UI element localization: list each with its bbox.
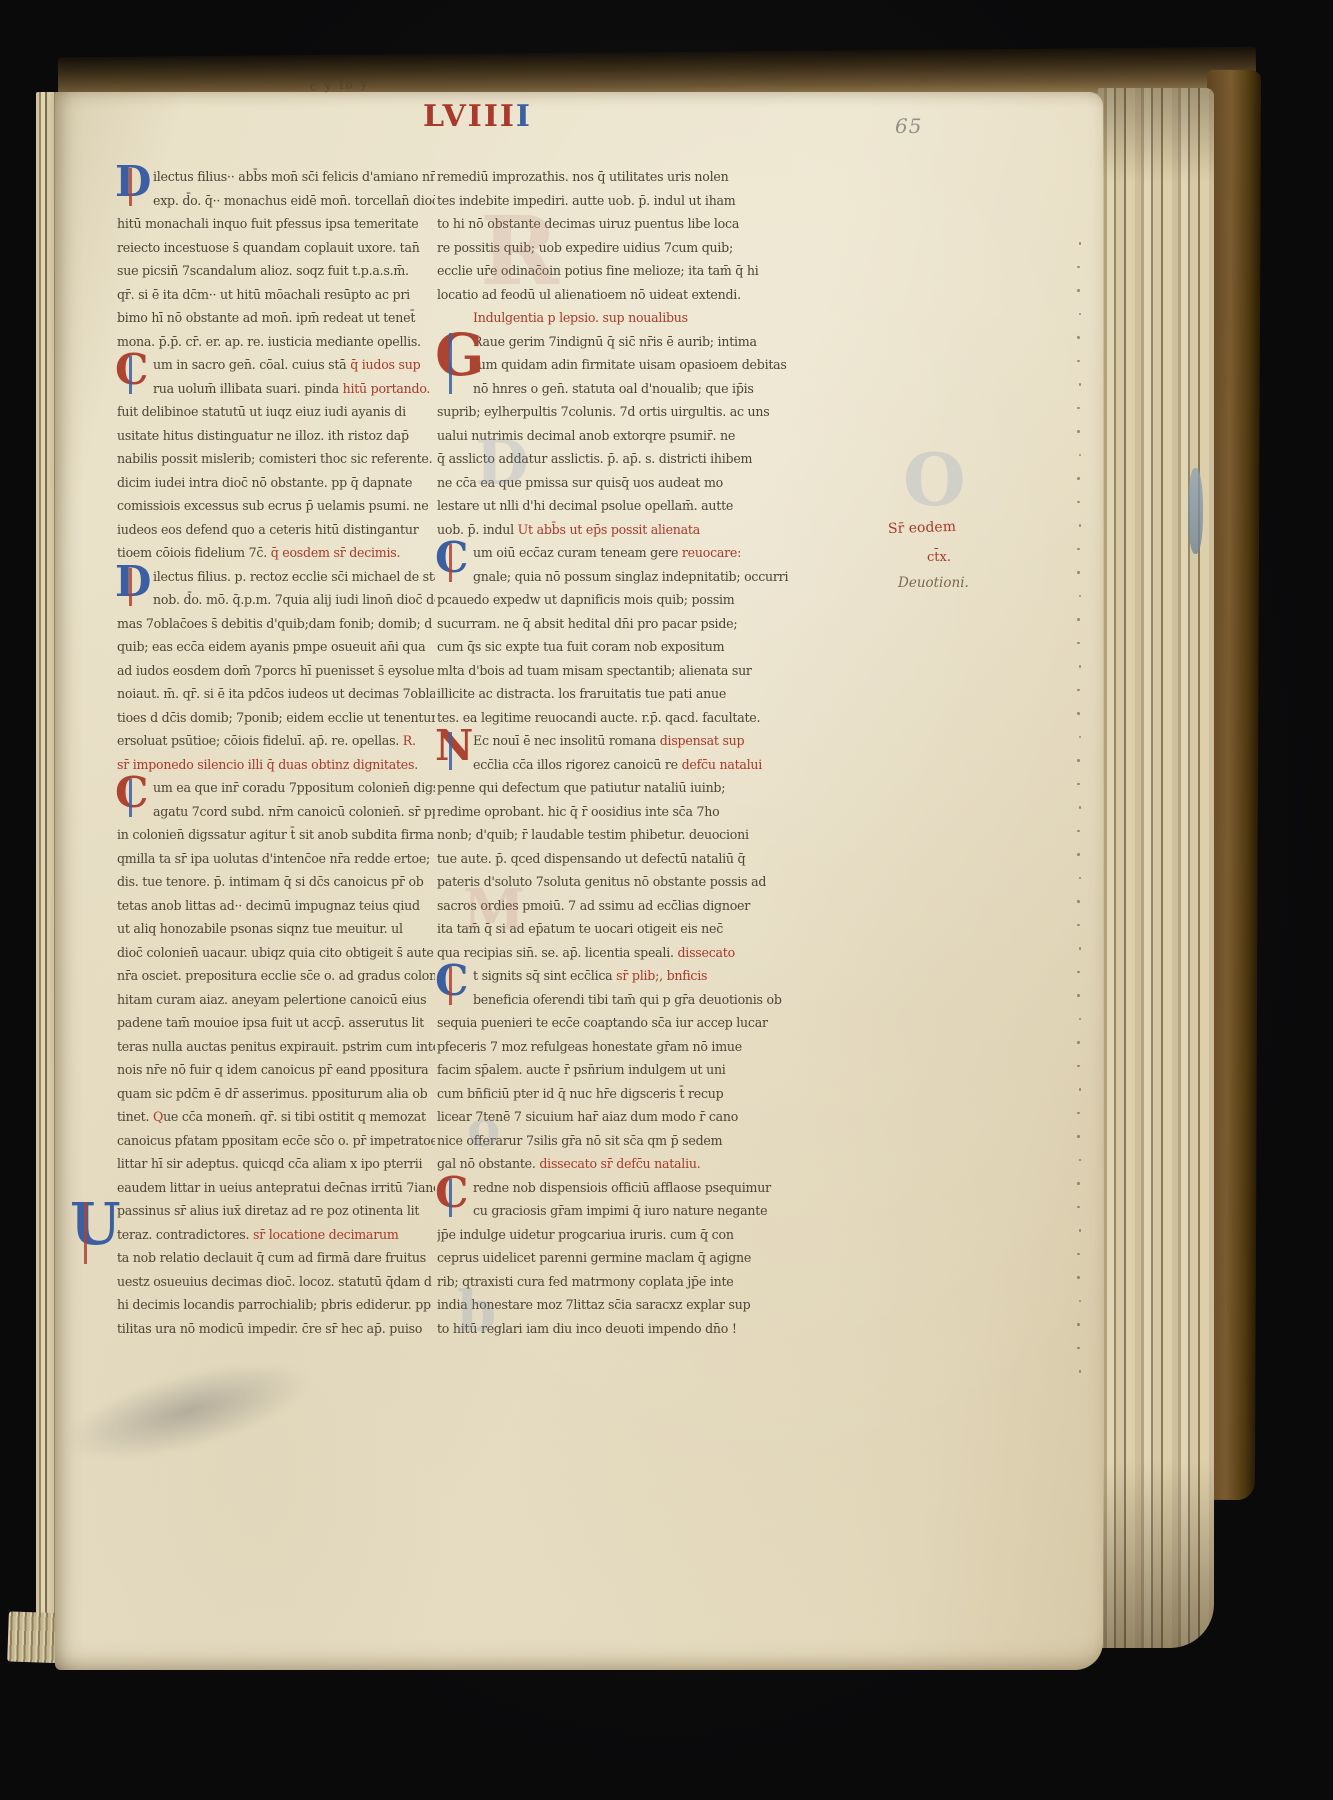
pricking-hole: [1077, 759, 1080, 762]
text-line: tioes d dc̄is domib; 7ponib; eidem eccli…: [117, 706, 435, 730]
text-line: bimo hī nō obstante ad mon̄. ipm̄ redeat…: [117, 306, 435, 330]
text-line: tilitas ura nō modicū impedir. c̄re sr̄ …: [117, 1317, 435, 1341]
pricking-hole: [1077, 971, 1080, 974]
text-line: facim sp̄alem. aucte r̄ psn̄rium indulge…: [437, 1058, 807, 1082]
text-line: padene tam̄ mouioe ipsa fuit ut accp̄. a…: [117, 1011, 435, 1035]
ink-text: qua recipias sin̄. se. ap̄. licentia spe…: [437, 945, 677, 960]
ink-text: in colonien̄ digssatur agitur t̄ sit ano…: [117, 827, 434, 842]
text-line: agatu 7cord subd. nr̄m canoicū colonien̄…: [117, 800, 435, 824]
text-line: Raue gerim 7indignū q̄ sic̄ nr̄is ē auri…: [437, 330, 807, 354]
pricking-hole: [1077, 1065, 1080, 1068]
text-line: penne qui defectum que patiutur nataliū …: [437, 776, 807, 800]
rubric-text: dispensat sup: [660, 733, 745, 748]
pricking-hole: [1077, 1041, 1080, 1044]
filigree-stripe: [129, 356, 132, 394]
ink-text: teraz. contradictores.: [117, 1227, 253, 1242]
ink-text: exp. d̄o. q̄·· monachus eidē mon̄. torce…: [153, 193, 435, 208]
show-through-letter: D: [475, 432, 529, 494]
marginal-note-ctx: ct̄x.: [927, 550, 951, 565]
initial-letter: G: [435, 321, 485, 389]
pricking-hole: [1079, 665, 1082, 668]
rubric-text: R.: [403, 733, 416, 748]
pricking-hole: [1079, 595, 1082, 598]
ink-text: ad iudos eosdem dom̄ 7porcs hī puenisset…: [117, 663, 434, 678]
pricking-hole: [1077, 548, 1080, 551]
text-line: teraz. contradictores. sr̄ locatione dec…: [117, 1223, 435, 1247]
text-line: hitū monachali inquo fuit pfessus ipsa t…: [117, 212, 435, 236]
text-line: nabilis possit mislerib; comisteri thoc …: [117, 447, 435, 471]
ink-text: ersoluat psūtioe; cōiois fideluī. ap̄. r…: [117, 733, 403, 748]
text-line: gnale; quia nō possum singlaz indepnitat…: [437, 565, 807, 589]
ink-text: ue cc̄a monem̄. qr̄. si tibi ostitit q m…: [163, 1109, 426, 1124]
ink-text: dioc̄ colonien̄ uacaur. ubiqz quia cito …: [117, 945, 434, 960]
ink-text: facim sp̄alem. aucte r̄ psn̄rium indulge…: [437, 1062, 726, 1077]
text-line: nob. d̄o. mō. q̄.p.m. 7quia alij iudi li…: [117, 588, 435, 612]
ink-text: reiecto incestuose s̄ quandam coplauit u…: [117, 240, 420, 255]
illuminated-initial: C: [435, 960, 475, 1013]
initial-letter: C: [435, 533, 468, 582]
pricking-hole: [1077, 642, 1080, 645]
ink-text: tes. ea legitime reuocandi aucte. r.p̄. …: [437, 710, 760, 725]
text-line: redne nob dispensiois officiū afflaose p…: [437, 1176, 807, 1200]
pricking-hole: [1079, 1088, 1082, 1091]
text-line: sucurram. ne q̄ absit hedital dn̄i pro p…: [437, 612, 807, 636]
pricking-hole: [1077, 1323, 1080, 1326]
show-through-letter: M: [463, 882, 525, 938]
text-line: ilectus filius. p. rectoz ecclie sc̄i mi…: [117, 565, 435, 589]
pricking-hole: [1077, 501, 1080, 504]
text-line: qr̄. si ē ita dc̄m·· ut hitū mōachali re…: [117, 283, 435, 307]
ink-text: iudeos eos defend quo a ceteris hitū dis…: [117, 522, 419, 537]
text-line: um in sacro gen̄. cōal. cuius stā q̄ iud…: [117, 353, 435, 377]
text-line: t signits sq̄ sint ecc̄lica sr̄ plib;, b…: [437, 964, 807, 988]
pricking-hole: [1077, 266, 1080, 269]
ink-text: hitū monachali inquo fuit pfessus ipsa t…: [117, 216, 418, 231]
pricking-hole: [1079, 1229, 1082, 1232]
fore-edge-page-stack: [1098, 88, 1214, 1648]
text-line: beneficia oferendi tibi tam̄ qui p gr̄a …: [437, 988, 807, 1012]
filigree-stripe: [129, 168, 132, 206]
ink-text: nr̄a osciet. prepositura ecclie sc̄e o. …: [117, 968, 435, 983]
pricking-hole: [1077, 783, 1080, 786]
text-line: uob. p̄. indul Ut abb̄s ut ep̄s possit a…: [437, 518, 807, 542]
ink-text: hitam curam aiaz. aneyam pelertione cano…: [117, 992, 426, 1007]
ink-text: ilectus filius·· abb̄s mon̄ sc̄i felicis…: [153, 169, 435, 184]
pricking-hole: [1077, 1135, 1080, 1138]
text-line: sr̄ imponedo silencio illi q̄ duas obtin…: [117, 753, 435, 777]
rubric-text: q̄ iudos sup: [350, 357, 420, 372]
pricking-hole: [1079, 1300, 1082, 1303]
pricking-hole: [1079, 1370, 1082, 1373]
ink-text: noiaut. m̄. qr̄. si ē ita pdc̄os iudeos …: [117, 686, 435, 701]
initial-letter: D: [115, 157, 151, 206]
heading-blue-part: I: [516, 99, 532, 134]
text-line: teras nulla auctas penitus expirauit. ps…: [117, 1035, 435, 1059]
pricking-hole: [1079, 524, 1082, 527]
ink-text: teras nulla auctas penitus expirauit. ps…: [117, 1039, 435, 1054]
ink-text: littar hī sir adeptus. quicqd cc̄a aliam…: [117, 1156, 422, 1171]
pricking-hole: [1079, 313, 1082, 316]
ink-text: padene tam̄ mouioe ipsa fuit ut accp̄. a…: [117, 1015, 424, 1030]
pricking-hole: [1077, 1112, 1080, 1115]
pricking-hole: [1077, 1182, 1080, 1185]
text-line: ceprus uidelicet parenni germine maclam …: [437, 1246, 807, 1270]
text-line: hitam curam aiaz. aneyam pelertione cano…: [117, 988, 435, 1012]
filigree-stripe: [449, 333, 452, 395]
text-line: fuit delibinoe statutū ut iuqz eiuz iudi…: [117, 400, 435, 424]
pricking-hole: [1079, 806, 1082, 809]
text-line: canoicus pfatam ppositam ecc̄e sc̄o o. p…: [117, 1129, 435, 1153]
ink-text: usitate hitus distinguatur ne illoz. ith…: [117, 428, 409, 443]
text-column-right: remediū improzathis. nos q̄ utilitates u…: [437, 165, 807, 1340]
rubric-text: Ut abb̄s ut ep̄s possit alienata: [518, 522, 700, 537]
ink-text: tetas anob littas ad·· decimū impugnaz t…: [117, 898, 420, 913]
pricking-hole: [1077, 1206, 1080, 1209]
pricking-hole: [1077, 853, 1080, 856]
illuminated-initial: C: [115, 349, 155, 402]
pricking-hole: [1079, 1159, 1082, 1162]
text-line: illicite ac distracta. los fraruitatis t…: [437, 682, 807, 706]
pricking-hole: [1077, 618, 1080, 621]
ink-text: qr̄. si ē ita dc̄m·· ut hitū mōachali re…: [117, 287, 410, 302]
text-line: littar hī sir adeptus. quicqd cc̄a aliam…: [117, 1152, 435, 1176]
ink-text: cum q̄s sic expte tua fuit coram nob exp…: [437, 639, 724, 654]
initial-letter: U: [70, 1190, 121, 1258]
ink-text: sue picsin̄ 7scandalum alioz. soqz fuit …: [117, 263, 409, 278]
pricking-hole: [1077, 571, 1080, 574]
text-line: ecc̄lia cc̄a illos rigorez canoicū re de…: [437, 753, 807, 777]
text-line: sue picsin̄ 7scandalum alioz. soqz fuit …: [117, 259, 435, 283]
rubric-text: Q: [153, 1109, 163, 1124]
rubric-text: dissecato: [677, 945, 734, 960]
ink-text: gnale; quia nō possum singlaz indepnitat…: [473, 569, 788, 584]
text-line: jp̄e indulge uidetur progcariua iruris. …: [437, 1223, 807, 1247]
ink-text: comissiois excessus sub ecrus p̄ uelamis…: [117, 498, 428, 513]
marginal-note-devotioni: Deuotioni.: [898, 575, 969, 591]
pricking-hole: [1077, 1347, 1080, 1350]
show-through-letter: b: [457, 1284, 496, 1340]
pricking-hole: [1079, 242, 1082, 245]
rubric-text: sr̄ locatione decimarum: [253, 1227, 399, 1242]
ink-text: mona. p̄.p̄. cr̄. er. ap. re. iusticia m…: [117, 334, 421, 349]
ink-text: agatu 7cord subd. nr̄m canoicū colonien̄…: [153, 804, 435, 819]
ink-text: bimo hī nō obstante ad mon̄. ipm̄ redeat…: [117, 310, 415, 325]
show-through-letter: o: [467, 1104, 500, 1154]
text-line: uestz osueuius decimas dioc̄. locoz. sta…: [117, 1270, 435, 1294]
rubric-text: defc̄u natalui: [682, 757, 762, 772]
ink-text: tilitas ura nō modicū impedir. c̄re sr̄ …: [117, 1321, 422, 1336]
text-line: tetas anob littas ad·· decimū impugnaz t…: [117, 894, 435, 918]
text-line: mona. p̄.p̄. cr̄. er. ap. re. iusticia m…: [117, 330, 435, 354]
pricking-hole: [1077, 289, 1080, 292]
text-line: dioc̄ colonien̄ uacaur. ubiqz quia cito …: [117, 941, 435, 965]
ink-text: quib; eas ecc̄a eidem ayanis pmpe osueui…: [117, 639, 425, 654]
ink-text: t signits sq̄ sint ecc̄lica: [473, 968, 616, 983]
ink-text: pfeceris 7 moz refulgeas honestate gr̄am…: [437, 1039, 742, 1054]
ink-text: passinus sr̄ alius iux̄ diretaz ad re po…: [117, 1203, 419, 1218]
ink-text: redime oprobant. hic q̄ r̄ oosidius inte…: [437, 804, 719, 819]
ink-text: dicim iudei intra dioc̄ nō obstante. pp …: [117, 475, 412, 490]
pricking-hole: [1079, 454, 1082, 457]
pricking-hole: [1077, 830, 1080, 833]
initial-letter: C: [435, 956, 468, 1005]
text-line: ilectus filius·· abb̄s mon̄ sc̄i felicis…: [117, 165, 435, 189]
illuminated-initial: G: [435, 326, 475, 403]
text-line: pfeceris 7 moz refulgeas honestate gr̄am…: [437, 1035, 807, 1059]
ink-text: penne qui defectum que patiutur nataliū …: [437, 780, 725, 795]
text-line: um ea que inr̄ coradu 7ppositum colonien…: [117, 776, 435, 800]
pricking-hole: [1077, 477, 1080, 480]
initial-letter: C: [115, 768, 148, 817]
text-line: noiaut. m̄. qr̄. si ē ita pdc̄os iudeos …: [117, 682, 435, 706]
ink-text: rua uolum̄ illibata suari. pinda: [153, 381, 343, 396]
text-line: quib; eas ecc̄a eidem ayanis pmpe osueui…: [117, 635, 435, 659]
text-line: nō hnres o gen̄. statuta oal d'noualib; …: [437, 377, 807, 401]
photo-background: c y ſo y LVIIII 65 ilectus filius·· abb̄…: [0, 0, 1333, 1800]
ink-text: um oiū ecc̄az curam teneam gere: [473, 545, 682, 560]
folio-number: 65: [895, 114, 922, 138]
initial-letter: N: [435, 721, 473, 770]
rubric-text: reuocare:: [682, 545, 741, 560]
ink-text: illicite ac distracta. los fraruitatis t…: [437, 686, 726, 701]
text-column-left: ilectus filius·· abb̄s mon̄ sc̄i felicis…: [117, 165, 435, 1340]
filigree-stripe: [129, 779, 132, 817]
ink-text: nonb; d'quib; r̄ laudable testim phibetu…: [437, 827, 749, 842]
filigree-stripe: [84, 1202, 87, 1264]
ink-text: mlta d'bois ad tuam misam spectantib; al…: [437, 663, 752, 678]
illuminated-initial: N: [435, 725, 475, 778]
ink-text: remediū improzathis. nos q̄ utilitates u…: [437, 169, 728, 184]
pricking-hole: [1077, 1253, 1080, 1256]
text-line: pcauedo expedw ut dapnificis mois quib; …: [437, 588, 807, 612]
rubric-text: sr̄ plib;, bnficis: [616, 968, 707, 983]
ink-text: quam sic pdc̄m ē dr̄ asserimus. ppositur…: [117, 1086, 427, 1101]
ink-text: um ea que inr̄ coradu 7ppositum colonien…: [153, 780, 435, 795]
text-line: remediū improzathis. nos q̄ utilitates u…: [437, 165, 807, 189]
rubric-text: q̄ eosdem sr̄ decimis.: [271, 545, 401, 560]
pricking-hole: [1077, 407, 1080, 410]
text-line: ersoluat psūtioe; cōiois fideluī. ap̄. r…: [117, 729, 435, 753]
ink-text: hi decimis locandis parrochialib; pbris …: [117, 1297, 435, 1312]
rubric-text: sr̄ imponedo silencio illi q̄ duas obtin…: [117, 757, 418, 772]
rubric-text: dissecato sr̄ defc̄u nataliu.: [539, 1156, 700, 1171]
pricking-hole: [1077, 336, 1080, 339]
ink-text: fuit delibinoe statutū ut iuqz eiuz iudi…: [117, 404, 406, 419]
ink-text: sequia puenieri te ecc̄e coaptando sc̄a …: [437, 1015, 768, 1030]
text-line: qua recipias sin̄. se. ap̄. licentia spe…: [437, 941, 807, 965]
ink-text: ta nob relatio declauit q̄ cum ad firmā …: [117, 1250, 426, 1265]
pencil-smudge: [55, 1342, 321, 1480]
illuminated-initial: D: [115, 561, 155, 614]
text-line: rua uolum̄ illibata suari. pinda hitū po…: [117, 377, 435, 401]
ink-text: Ec nouī ē nec insolitū romana: [473, 733, 660, 748]
show-through-letter: O: [903, 444, 966, 516]
text-line: suprib; eylherpultis 7colunis. 7d ortis …: [437, 400, 807, 424]
pricking-hole: [1079, 383, 1082, 386]
text-line: mas 7oblac̄oes s̄ debitis d'quib;dam fon…: [117, 612, 435, 636]
ink-text: redne nob dispensiois officiū afflaose p…: [473, 1180, 771, 1195]
ink-text: uestz osueuius decimas dioc̄. locoz. sta…: [117, 1274, 432, 1289]
initial-letter: C: [435, 1168, 468, 1217]
filigree-stripe: [449, 732, 452, 770]
ink-text: pcauedo expedw ut dapnificis mois quib; …: [437, 592, 735, 607]
pricking-hole: [1077, 900, 1080, 903]
text-line: tes. ea legitime reuocandi aucte. r.p̄. …: [437, 706, 807, 730]
ink-text: ceprus uidelicet parenni germine maclam …: [437, 1250, 751, 1265]
ink-text: qmilla ta sr̄ ipa uolutas d'intenc̄oe nr…: [117, 851, 430, 866]
text-line: tioem cōiois fidelium 7c̄. q̄ eosdem sr̄…: [117, 541, 435, 565]
text-line: um oiū ecc̄az curam teneam gere reuocare…: [437, 541, 807, 565]
text-line: cu graciosis gr̄am impimi q̄ iuro nature…: [437, 1199, 807, 1223]
text-line: iudeos eos defend quo a ceteris hitū dis…: [117, 518, 435, 542]
pricking-hole: [1077, 360, 1080, 363]
ink-text: tue aute. p̄. qced dispensando ut defect…: [437, 851, 745, 866]
ink-text: nabilis possit mislerib; comisteri thoc …: [117, 451, 435, 466]
text-line: nois nr̄e nō fuir q idem canoicus pr̄ ea…: [117, 1058, 435, 1082]
text-line: reiecto incestuose s̄ quandam coplauit u…: [117, 236, 435, 260]
text-line: usitate hitus distinguatur ne illoz. ith…: [117, 424, 435, 448]
text-line: tue aute. p̄. qced dispensando ut defect…: [437, 847, 807, 871]
text-line: qmilla ta sr̄ ipa uolutas d'intenc̄oe nr…: [117, 847, 435, 871]
text-line: redime oprobant. hic q̄ r̄ oosidius inte…: [437, 800, 807, 824]
text-line: tinet. Que cc̄a monem̄. qr̄. si tibi ost…: [117, 1105, 435, 1129]
initial-letter: C: [115, 345, 148, 394]
page-heading-numeral: LVIIII: [423, 100, 532, 134]
pricking-hole: [1077, 924, 1080, 927]
filigree-stripe: [449, 967, 452, 1005]
filigree-stripe: [449, 544, 452, 582]
text-line: tum quidam adin firmitate uisam opasioem…: [437, 353, 807, 377]
filigree-stripe: [449, 1179, 452, 1217]
ink-text: ut aliq honozabile psonas siqnz tue meui…: [117, 921, 403, 936]
filigree-stripe: [129, 568, 132, 606]
text-line: eaudem littar in ueius antepratui dec̄na…: [117, 1176, 435, 1200]
ink-text: eaudem littar in ueius antepratui dec̄na…: [117, 1180, 435, 1195]
ink-text: dis. tue tenore. p̄. intimam q̄ si dc̄s …: [117, 874, 424, 889]
ink-text: Raue gerim 7indignū q̄ sic̄ nr̄is ē auri…: [473, 334, 757, 349]
illuminated-initial: C: [115, 772, 155, 825]
ink-text: jp̄e indulge uidetur progcariua iruris. …: [437, 1227, 734, 1242]
initial-letter: D: [115, 557, 151, 606]
ink-text: lestare ut nlli d'hi decimal psolue opel…: [437, 498, 733, 513]
text-line: nonb; d'quib; r̄ laudable testim phibetu…: [437, 823, 807, 847]
text-line: ad iudos eosdem dom̄ 7porcs hī puenisset…: [117, 659, 435, 683]
ink-text: nois nr̄e nō fuir q idem canoicus pr̄ ea…: [117, 1062, 428, 1077]
text-line: quam sic pdc̄m ē dr̄ asserimus. ppositur…: [117, 1082, 435, 1106]
illuminated-initial: D: [115, 161, 155, 214]
pricking-hole: [1077, 689, 1080, 692]
show-through-letter: R: [480, 204, 559, 299]
ink-text: ecc̄lia cc̄a illos rigorez canoicū re: [473, 757, 682, 772]
ink-text: tioes d dc̄is domib; 7ponib; eidem eccli…: [117, 710, 435, 725]
text-line: exp. d̄o. q̄·· monachus eidē mon̄. torce…: [117, 189, 435, 213]
heading-red-part: LVIII: [423, 99, 516, 134]
pricking-hole: [1077, 994, 1080, 997]
pricking-hole: [1077, 712, 1080, 715]
ink-text: cu graciosis gr̄am impimi q̄ iuro nature…: [473, 1203, 767, 1218]
text-line: hi decimis locandis parrochialib; pbris …: [117, 1293, 435, 1317]
ink-text: canoicus pfatam ppositam ecc̄e sc̄o o. p…: [117, 1133, 435, 1148]
ink-text: nob. d̄o. mō. q̄.p.m. 7quia alij iudi li…: [153, 592, 435, 607]
illuminated-initial: C: [435, 1172, 475, 1225]
ink-text: nō hnres o gen̄. statuta oal d'noualib; …: [473, 381, 754, 396]
text-line: Ec nouī ē nec insolitū romana dispensat …: [437, 729, 807, 753]
text-line: dicim iudei intra dioc̄ nō obstante. pp …: [117, 471, 435, 495]
text-line: ta nob relatio declauit q̄ cum ad firmā …: [117, 1246, 435, 1270]
pricking-hole: [1077, 430, 1080, 433]
ink-text: mas 7oblac̄oes s̄ debitis d'quib;dam fon…: [117, 616, 432, 631]
text-line: passinus sr̄ alius iux̄ diretaz ad re po…: [117, 1199, 435, 1223]
manuscript-page: c y ſo y LVIIII 65 ilectus filius·· abb̄…: [55, 92, 1103, 1670]
text-line: in colonien̄ digssatur agitur t̄ sit ano…: [117, 823, 435, 847]
rubric-text: Indulgentia p lepsio. sup noualibus: [473, 310, 688, 325]
rubric-text: hitū portando.: [343, 381, 431, 396]
text-line: Indulgentia p lepsio. sup noualibus: [437, 306, 807, 330]
text-line: comissiois excessus sub ecrus p̄ uelamis…: [117, 494, 435, 518]
pricking-hole: [1079, 947, 1082, 950]
ink-text: sucurram. ne q̄ absit hedital dn̄i pro p…: [437, 616, 737, 631]
text-line: dis. tue tenore. p̄. intimam q̄ si dc̄s …: [117, 870, 435, 894]
pricking-hole: [1077, 1276, 1080, 1279]
text-line: ut aliq honozabile psonas siqnz tue meui…: [117, 917, 435, 941]
ink-text: tinet.: [117, 1109, 153, 1124]
ink-text: ilectus filius. p. rectoz ecclie sc̄i mi…: [153, 569, 435, 584]
text-line: cum q̄s sic expte tua fuit coram nob exp…: [437, 635, 807, 659]
pricking-hole: [1079, 1018, 1082, 1021]
ink-text: tum quidam adin firmitate uisam opasioem…: [473, 357, 787, 372]
blue-bookmark-fragment: [1188, 468, 1203, 554]
ink-text: suprib; eylherpultis 7colunis. 7d ortis …: [437, 404, 769, 419]
text-line: sequia puenieri te ecc̄e coaptando sc̄a …: [437, 1011, 807, 1035]
text-line: mlta d'bois ad tuam misam spectantib; al…: [437, 659, 807, 683]
pricking-hole: [1079, 877, 1082, 880]
illuminated-initial: U: [70, 1195, 110, 1272]
illuminated-initial: C: [435, 537, 475, 590]
ink-text: beneficia oferendi tibi tam̄ qui p gr̄a …: [473, 992, 782, 1007]
text-line: nr̄a osciet. prepositura ecclie sc̄e o. …: [117, 964, 435, 988]
pricking-hole: [1079, 736, 1082, 739]
ink-text: um in sacro gen̄. cōal. cuius stā: [153, 357, 350, 372]
